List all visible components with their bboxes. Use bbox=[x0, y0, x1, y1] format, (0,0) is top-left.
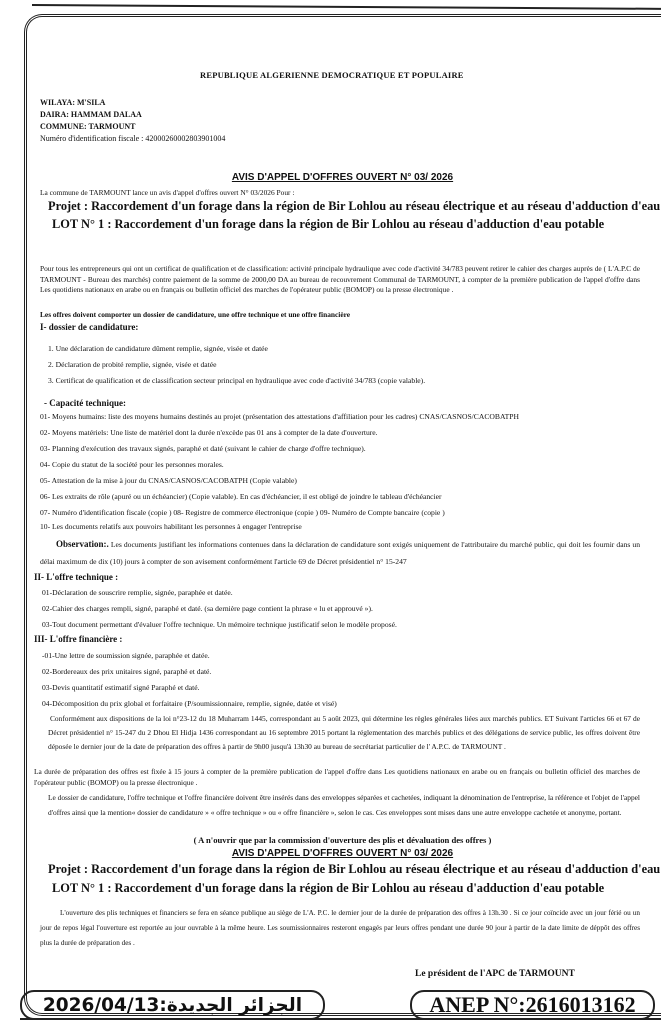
repeat-lot-title: LOT N° 1 : Raccordement d'un forage dans… bbox=[52, 881, 604, 896]
notice-intro: La commune de TARMOUNT lance un avis d'a… bbox=[40, 188, 294, 199]
section1-item: 1. Une déclaration de candidature dûment… bbox=[48, 344, 268, 353]
section3-title: III- L'offre financière : bbox=[34, 634, 122, 644]
observation-text: Les documents justifiant les information… bbox=[40, 540, 640, 566]
repeat-notice-title: AVIS D'APPEL D'OFFRES OUVERT N° 03/ 2026 bbox=[30, 848, 655, 859]
section1-title: I- dossier de candidature: bbox=[40, 322, 138, 332]
capacity-item: 05- Attestation de la mise à jour du CNA… bbox=[40, 476, 297, 485]
eligibility-text: Pour tous les entrepreneurs qui ont un c… bbox=[40, 264, 640, 296]
fiscal-id: Numéro d'identification fiscale : 420002… bbox=[40, 133, 225, 145]
lot-title: LOT N° 1 : Raccordement d'un forage dans… bbox=[52, 217, 604, 232]
envelopes-text: Le dossier de candidature, l'offre techn… bbox=[48, 790, 640, 820]
capacity-item: 10- Les documents relatifs aux pouvoirs … bbox=[40, 522, 302, 531]
republic-heading: REPUBLIQUE ALGERIENNE DEMOCRATIQUE ET PO… bbox=[200, 70, 464, 80]
capacity-item: 06- Les extraits de rôle (apuré ou un éc… bbox=[40, 492, 442, 501]
project-title: Projet : Raccordement d'un forage dans l… bbox=[48, 199, 661, 214]
bottom-rule bbox=[20, 1018, 661, 1020]
daira: DAIRA: HAMMAM DALAA bbox=[40, 109, 142, 121]
section3-item: 03-Devis quantitatif estimatif signé Par… bbox=[42, 683, 200, 692]
section2-item: 03-Tout document permettant d'évaluer l'… bbox=[42, 620, 397, 629]
capacity-title: - Capacité technique: bbox=[44, 398, 126, 408]
signature: Le président de l'APC de TARMOUNT bbox=[415, 969, 575, 979]
scan-top-edge bbox=[32, 4, 661, 10]
duration-text: La durée de préparation des offres est f… bbox=[34, 766, 640, 788]
section3-item: 04-Décomposition du prix global et forfa… bbox=[42, 699, 337, 708]
capacity-item: 01- Moyens humains: liste des moyens hum… bbox=[40, 412, 519, 421]
anep-number: ANEP N°:2616013162 bbox=[429, 992, 635, 1018]
opening-text: L'ouverture des plis techniques et finan… bbox=[40, 906, 640, 951]
section1-item: 3. Certificat de qualification et de cla… bbox=[48, 376, 425, 385]
section3-item: 02-Bordereaux des prix unitaires signé, … bbox=[42, 667, 211, 676]
capacity-item: 04- Copie du statut de la société pour l… bbox=[40, 460, 224, 469]
commune: COMMUNE: TARMOUNT bbox=[40, 121, 135, 133]
section3-item: -01-Une lettre de soumission signée, par… bbox=[42, 651, 210, 660]
observation-label: Observation:. bbox=[56, 539, 109, 549]
offer-composition: Les offres doivent comporter un dossier … bbox=[40, 310, 350, 321]
anep-badge: ANEP N°:2616013162 bbox=[410, 990, 655, 1020]
section2-title: II- L'offre technique : bbox=[34, 572, 118, 582]
newspaper-date: الجزائر الجديدة:2026/04/13 bbox=[43, 995, 302, 1016]
capacity-item: 03- Planning d'exécution des travaux sig… bbox=[40, 444, 366, 453]
repeat-project-title: Projet : Raccordement d'un forage dans l… bbox=[48, 862, 661, 877]
capacity-item: 02- Moyens matériels: Une liste de matér… bbox=[40, 428, 378, 437]
notice-title: AVIS D'APPEL D'OFFRES OUVERT N° 03/ 2026 bbox=[30, 172, 655, 183]
section1-item: 2. Déclaration de probité remplie, signé… bbox=[48, 360, 216, 369]
capacity-item: 07- Numéro d'identification fiscale (cop… bbox=[40, 508, 445, 517]
wilaya: WILAYA: M'SILA bbox=[40, 97, 105, 109]
newspaper-date-badge: الجزائر الجديدة:2026/04/13 bbox=[20, 990, 325, 1020]
section2-item: 02-Cahier des charges rempli, signé, par… bbox=[42, 604, 373, 613]
observation: Observation:. Les documents justifiant l… bbox=[40, 536, 640, 570]
not-open-notice: ( A n'ouvrir que par la commission d'ouv… bbox=[30, 835, 655, 845]
conformity-text: Conformément aux dispositions de la loi … bbox=[48, 712, 640, 754]
section2-item: 01-Déclaration de souscrire remplie, sig… bbox=[42, 588, 233, 597]
